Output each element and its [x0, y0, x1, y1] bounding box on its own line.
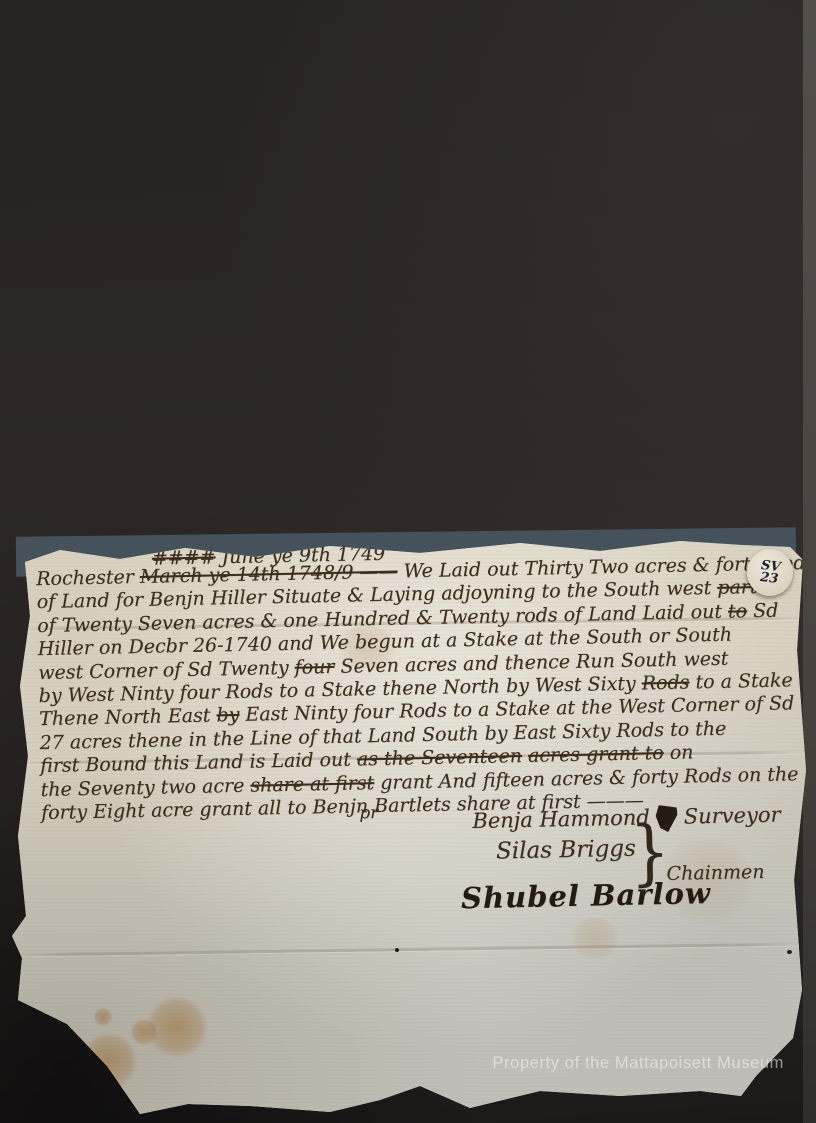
manuscript-text-segment: on: [663, 742, 693, 765]
manuscript-text-segment: to a Stake: [689, 669, 793, 693]
struck-text: Rods: [642, 672, 690, 695]
manuscript-paper: #### June ye 9th 1749 Rochester March ye…: [12, 538, 808, 1120]
surveyor-name: Benja Hammond: [472, 805, 650, 833]
manuscript-text-segment: the Seventy two acre: [40, 774, 250, 800]
struck-text: four: [294, 656, 334, 679]
surveyor-role: Surveyor: [683, 803, 780, 829]
scanner-edge-strip: [803, 0, 816, 1123]
signature-surveyor: Benja HammondSurveyor: [472, 803, 781, 836]
manuscript-body: Rochester March ye 14th 1748/9 —— We Lai…: [36, 552, 816, 826]
signature-chainman-1: Silas Briggs: [496, 836, 636, 865]
struck-text: by: [216, 704, 239, 726]
struck-text: to: [728, 600, 748, 622]
museum-watermark: Property of the Mattapoisett Museum: [492, 1054, 784, 1073]
struck-text: share at first: [250, 772, 374, 797]
per-mark: pr: [359, 803, 378, 823]
manuscript-text-segment: Sd: [747, 599, 779, 622]
sticker-code-line2: 23: [760, 571, 779, 585]
struck-text: as the Seventeen: [357, 745, 523, 770]
manuscript-text: #### June ye 9th 1749 Rochester March ye…: [11, 522, 816, 1121]
scanned-photo: #### June ye 9th 1749 Rochester March ye…: [0, 0, 816, 1123]
struck-text: acres grant to: [528, 742, 664, 767]
manuscript-text-segment: Thene North East: [39, 705, 217, 731]
manuscript-text-segment: Rochester: [36, 566, 140, 590]
signature-chainman-2: Shubel Barlow: [461, 876, 712, 915]
